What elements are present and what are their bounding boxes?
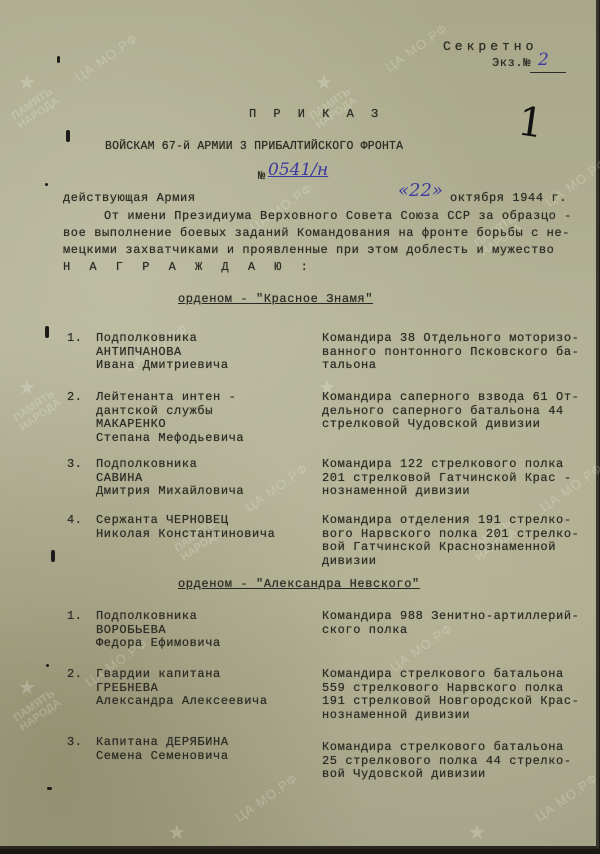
section-heading-red-banner: орденом - "Красное Знамя" [178, 293, 373, 307]
watermark-pamyat-naroda: ПАМЯТЬНАРОДА [10, 86, 62, 131]
punch-hole [51, 550, 55, 562]
entry-number: 2. [67, 391, 83, 405]
date-month-year: октября 1944 г. [450, 192, 567, 206]
entry-position: Командира 38 Отдельного моторизо-ванного… [322, 332, 579, 373]
entry-number: 3. [67, 458, 83, 472]
watermark-star-icon: ★ [468, 820, 486, 844]
copy-number: 2 [538, 50, 549, 70]
entry-position: Командира саперного взвода 61 От-дельног… [322, 391, 579, 432]
copy-label: Экз.№ [492, 57, 531, 71]
punch-hole [66, 130, 70, 142]
entry-name: Гвардии капитанаГРЕБНЕВААлександра Алекс… [96, 668, 268, 709]
watermark-camo: ЦА МО.РФ [382, 20, 450, 74]
punch-mark [57, 56, 60, 63]
entry-name: ПодполковникаСАВИНАДмитрия Михайловича [96, 458, 244, 499]
watermark-pamyat-naroda: ПАМЯТЬНАРОДА [12, 388, 64, 433]
preamble-line: мецкими захватчиками и проявленные при э… [63, 244, 554, 258]
section-heading-alexander-nevsky: орденом - "Александра Невского" [178, 578, 420, 592]
place-label: действующая Армия [63, 192, 196, 206]
order-number-prefix: № [258, 170, 266, 184]
copy-number-underline [530, 72, 566, 73]
watermark-star-icon: ★ [18, 70, 36, 94]
award-verb: Н А Г Р А Ж Д А Ю : [63, 261, 314, 275]
entry-name: ПодполковникаВОРОБЬЕВАФедора Ефимовича [96, 610, 221, 651]
entry-position: Командира стрелкового батальона25 стрелк… [322, 741, 572, 782]
punch-mark [47, 787, 52, 790]
watermark-star-icon: ★ [18, 375, 36, 399]
entry-number: 4. [67, 514, 83, 528]
entry-name: ПодполковникаАНТИПЧАНОВАИвана Дмитриевич… [96, 332, 229, 373]
punch-mark [46, 664, 49, 667]
order-subtitle: ВОЙСКАМ 67-й АРМИИ 3 ПРИБАЛТИЙСКОГО ФРОН… [105, 140, 403, 154]
entry-number: 1. [67, 610, 83, 624]
watermark-camo: ЦА МО.РФ [232, 770, 300, 824]
watermark-pamyat-naroda: ПАМЯТЬНАРОДА [12, 688, 64, 733]
handwritten-mark: 1 [515, 98, 547, 147]
entry-position: Командира стрелкового батальона559 стрел… [322, 668, 579, 722]
entry-name: Лейтенанта интен -дантской службыМАКАРЕН… [96, 391, 244, 445]
entry-number: 2. [67, 668, 83, 682]
date-day: «22» [398, 180, 443, 201]
preamble-line: вое выполнение боевых заданий Командован… [63, 227, 570, 241]
classification-stamp: Секретно [443, 40, 537, 54]
watermark-camo: ЦА МО.РФ [72, 30, 140, 84]
preamble-line: От имени Президиума Верховного Совета Со… [104, 210, 572, 224]
watermark-star-icon: ★ [315, 70, 333, 94]
entry-name: Сержанта ЧЕРНОВЕЦНиколая Константиновича [96, 514, 275, 541]
watermark-camo: ЦА МО.РФ [242, 460, 310, 514]
page-title: П Р И К А З [249, 108, 383, 122]
punch-mark [45, 183, 48, 186]
order-number: 0541/н [268, 160, 328, 180]
watermark-star-icon: ★ [18, 675, 36, 699]
entry-name: Капитана ДЕРЯБИНАСемена Семеновича [96, 736, 229, 763]
watermark-star-icon: ★ [168, 820, 186, 844]
entry-number: 3. [67, 736, 83, 750]
entry-position: Командира 988 Зенитно-артиллерий-ского п… [322, 610, 579, 637]
document-page: ЦА МО.РФ ЦА МО.РФ ★ ПАМЯТЬНАРОДА ★ ПАМЯТ… [0, 0, 599, 849]
entry-number: 1. [67, 332, 83, 346]
entry-position: Командира 122 стрелкового полка201 стрел… [322, 458, 572, 499]
entry-position: Командира отделения 191 стрелко-вого Нар… [322, 514, 579, 568]
punch-hole [45, 326, 49, 338]
